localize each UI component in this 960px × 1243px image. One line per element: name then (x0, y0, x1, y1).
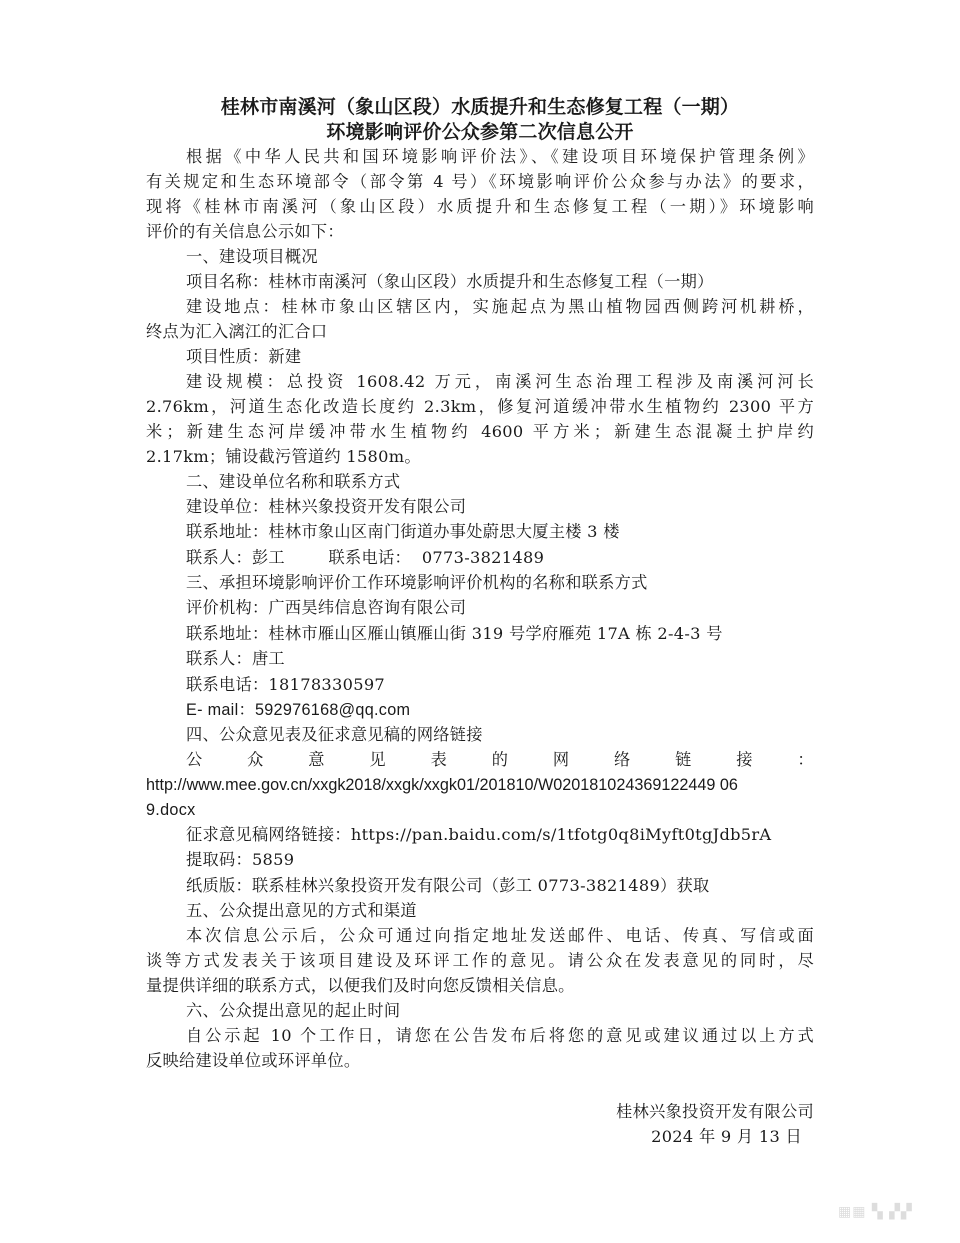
public-form-url-line1[interactable]: http://www.mee.gov.cn/xxgk2018/xxgk/xxgk… (146, 773, 814, 797)
construction-unit: 建设单位：桂林兴象投资开发有限公司 (146, 495, 814, 519)
section2-heading: 二、建设单位名称和联系方式 (146, 470, 814, 494)
paper-version: 纸质版：联系桂林兴象投资开发有限公司（彭工 0773-3821489）获取 (146, 874, 814, 898)
section1-heading: 一、建设项目概况 (146, 245, 814, 269)
label-char: ： (797, 748, 814, 772)
label-char: 公 (186, 748, 203, 772)
project-name: 项目名称：桂林市南溪河（象山区段）水质提升和生态修复工程（一期） (146, 270, 814, 294)
document-title-line2: 环境影响评价公众参第二次信息公开 (140, 119, 820, 145)
intro-line-2: 有关规定和生态环境部令（部令第 4 号）《环境影响评价公众参与办法》的要求， (146, 170, 814, 194)
project-scale-line2: 2.76km，河道生态化改造长度约 2.3km，修复河道缓冲带水生植物约 230… (146, 395, 814, 419)
signature-organization: 桂林兴象投资开发有限公司 (146, 1100, 814, 1124)
signature-date: 2024 年 9 月 13 日 (146, 1125, 814, 1149)
section5-line1: 本次信息公示后，公众可通过向指定地址发送邮件、电话、传真、写信或面 (146, 924, 814, 948)
public-form-url-line2[interactable]: 9.docx (146, 798, 814, 822)
label-char: 表 (431, 748, 448, 772)
project-location-line2: 终点为汇入漓江的汇合口 (146, 320, 814, 344)
label-char: 的 (492, 748, 509, 772)
project-location-line1: 建设地点：桂林市象山区辖区内，实施起点为黑山植物园西侧跨河机耕桥， (146, 295, 814, 319)
label-char: 链 (675, 748, 692, 772)
intro-line-1: 根据《中华人民共和国环境影响评价法》、《建设项目环境保护管理条例》 (146, 145, 814, 169)
extract-code: 提取码：5859 (146, 848, 814, 872)
label-char: 意 (308, 748, 325, 772)
project-scale-line3: 米；新建生态河岸缓冲带水生植物约 4600 平方米；新建生态混凝土护岸约 (146, 420, 814, 444)
draft-link[interactable]: 征求意见稿网络链接：https://pan.baidu.com/s/1tfotg… (146, 823, 814, 847)
eia-agency-email: E- mail：592976168@qq.com (146, 698, 814, 722)
public-form-link-label: 公 众 意 见 表 的 网 络 链 接 ： (146, 748, 814, 772)
project-scale-line4: 2.17km；铺设截污管道约 1580m。 (146, 445, 814, 469)
intro-line-3: 现将《桂林市南溪河（象山区段）水质提升和生态修复工程（一期）》环境影响 (146, 195, 814, 219)
section3-heading: 三、承担环境影响评价工作环境影响评价机构的名称和联系方式 (146, 571, 814, 595)
label-char: 见 (369, 748, 386, 772)
section5-heading: 五、公众提出意见的方式和渠道 (146, 899, 814, 923)
eia-agency-address: 联系地址：桂林市雁山区雁山镇雁山街 319 号学府雁苑 17A 栋 2-4-3 … (146, 622, 814, 646)
intro-line-4: 评价的有关信息公示如下： (146, 220, 814, 244)
section4-heading: 四、公众意见表及征求意见稿的网络链接 (146, 723, 814, 747)
construction-unit-address: 联系地址：桂林市象山区南门街道办事处蔚思大厦主楼 3 楼 (146, 520, 814, 544)
construction-unit-contact: 联系人：彭工 联系电话： 0773-3821489 (146, 546, 814, 570)
section5-line3: 量提供详细的联系方式，以便我们及时向您反馈相关信息。 (146, 974, 814, 998)
eia-agency-phone: 联系电话：18178330597 (146, 673, 814, 697)
label-char: 接 (736, 748, 753, 772)
project-scale-line1: 建设规模：总投资 1608.42 万元，南溪河生态治理工程涉及南溪河河长 (146, 370, 814, 394)
eia-agency-contact: 联系人：唐工 (146, 647, 814, 671)
section6-line1: 自公示起 10 个工作日，请您在公告发布后将您的意见或建议通过以上方式 (146, 1024, 814, 1048)
watermark-logo: ▦▦ ▚ ▞▞ (838, 1204, 938, 1226)
document-page: 桂林市南溪河（象山区段）水质提升和生态修复工程（一期） 环境影响评价公众参第二次… (0, 0, 960, 1243)
label-char: 络 (614, 748, 631, 772)
label-char: 众 (247, 748, 264, 772)
section6-heading: 六、公众提出意见的起止时间 (146, 999, 814, 1023)
section5-line2: 谈等方式发表关于该项目建设及环评工作的意见。请公众在发表意见的同时，尽 (146, 949, 814, 973)
label-char: 网 (553, 748, 570, 772)
eia-agency: 评价机构：广西昊纬信息咨询有限公司 (146, 596, 814, 620)
document-title-line1: 桂林市南溪河（象山区段）水质提升和生态修复工程（一期） (140, 94, 820, 120)
section6-line2: 反映给建设单位或环评单位。 (146, 1049, 814, 1073)
project-nature: 项目性质：新建 (146, 345, 814, 369)
